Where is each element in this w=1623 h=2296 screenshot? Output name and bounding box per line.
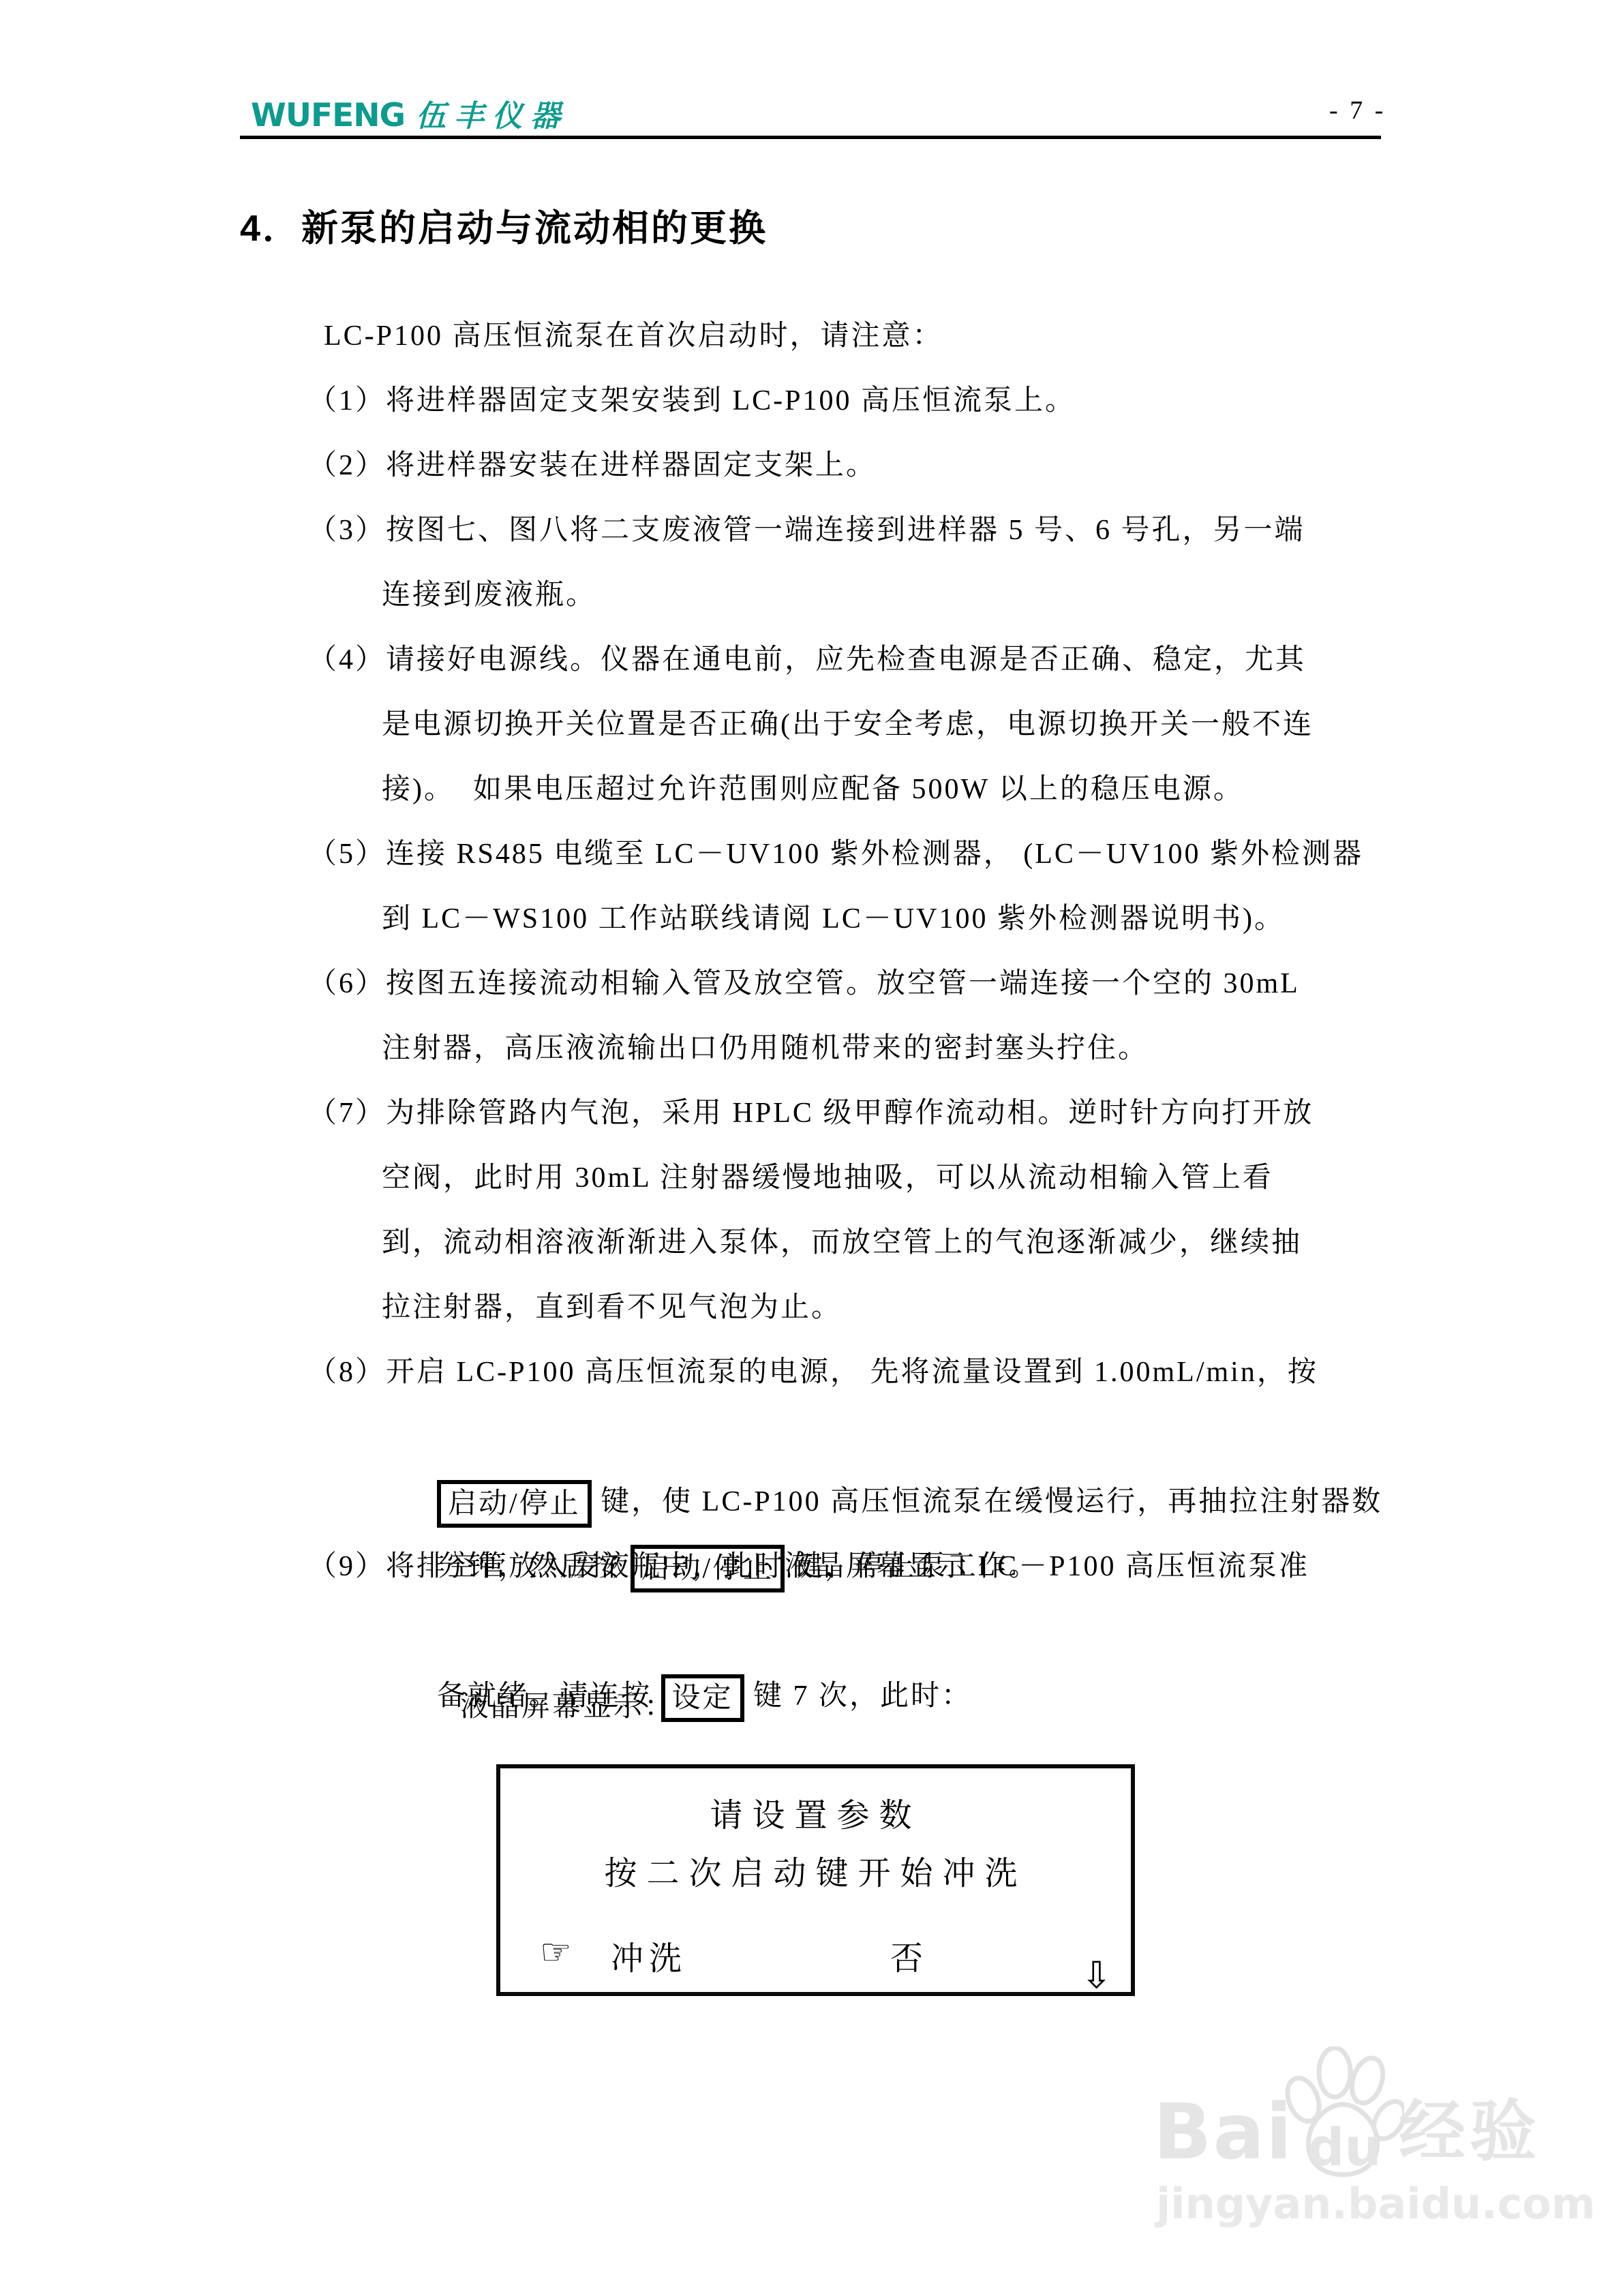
body-line: 注射器，高压液流输出口仍用随机带来的密封塞头拧住。 [0, 1016, 1623, 1081]
page-number: - 7 - [1329, 95, 1386, 125]
body-line-text: 键，使 LC-P100 高压恒流泵在缓慢运行，再抽拉注射器数 [592, 1486, 1383, 1517]
body-line: （7）为排除管路内气泡，采用 HPLC 级甲醇作流动相。逆时针方向打开放 [0, 1081, 1623, 1146]
lcd-option-row: ☞ 冲洗 否 ⇩ [500, 1932, 1131, 1987]
lcd-option-flush: 冲洗 [611, 1932, 687, 1979]
body-line: （2）将进样器安装在进样器固定支架上。 [0, 434, 1623, 498]
body-line: （4）请接好电源线。仪器在通电前，应先检查电源是否正确、稳定，尤其 [0, 628, 1623, 693]
watermark-du-text: du [1307, 2121, 1382, 2173]
pointing-hand-icon: ☞ [540, 1932, 572, 1973]
body-text: LC-P100 高压恒流泵在首次启动时，请注意： （1）将进样器固定支架安装到 … [0, 304, 1623, 1740]
down-arrow-icon: ⇩ [1081, 1954, 1112, 1997]
body-line: 接)。 如果电压超过允许范围则应配备 500W 以上的稳压电源。 [0, 757, 1623, 822]
body-line: 到 LC－WS100 工作站联线请阅 LC－UV100 紫外检测器说明书)。 [0, 887, 1623, 952]
body-line: 备就绪。请连按 设定 键 7 次，此时： [0, 1599, 1623, 1664]
baidu-jingyan-watermark: Bai du 经验 jingyan.baidu.com [1151, 2045, 1573, 2243]
body-line-text: 键 7 次，此时： [744, 1680, 973, 1712]
watermark-jingyan-text: 经验 [1399, 2098, 1541, 2165]
body-line: （1）将进样器固定支架安装到 LC-P100 高压恒流泵上。 [0, 369, 1623, 434]
lcd-option-no: 否 [890, 1932, 923, 1979]
body-line: LC-P100 高压恒流泵在首次启动时，请注意： [0, 304, 1623, 369]
body-line: 拉注射器，直到看不见气泡为止。 [0, 1275, 1623, 1340]
body-line: （6）按图五连接流动相输入管及放空管。放空管一端连接一个空的 30mL [0, 952, 1623, 1016]
body-line: 是电源切换开关位置是否正确(出于安全考虑，电源切换开关一般不连 [0, 693, 1623, 757]
start-stop-key-label: 启动/停止 [437, 1480, 592, 1528]
body-line: （9）将排空管放入废液瓶中，此时液晶屏幕显示 LC－P100 高压恒流泵准 [0, 1535, 1623, 1599]
body-line: （8）开启 LC-P100 高压恒流泵的电源， 先将流量设置到 1.00mL/m… [0, 1340, 1623, 1405]
manual-page: WUFENG伍丰仪器 - 7 - 4．新泵的启动与流动相的更换 LC-P100 … [0, 0, 1623, 2296]
body-line: 启动/停止 键，使 LC-P100 高压恒流泵在缓慢运行，再抽拉注射器数 [0, 1405, 1623, 1470]
body-line: 连接到废液瓶。 [0, 563, 1623, 628]
lcd-screen-box: 请设置参数 按二次启动键开始冲洗 ☞ 冲洗 否 ⇩ [496, 1764, 1135, 1996]
lcd-message-line1: 请设置参数 [500, 1789, 1131, 1836]
watermark-url-text: jingyan.baidu.com [1156, 2183, 1595, 2225]
lcd-message-line2: 按二次启动键开始冲洗 [500, 1847, 1131, 1894]
wufeng-logo: WUFENG伍丰仪器 [251, 91, 568, 135]
body-line: （5）连接 RS485 电缆至 LC－UV100 紫外检测器， (LC－UV10… [0, 822, 1623, 887]
header-divider [240, 136, 1381, 139]
section-title: 4．新泵的启动与流动相的更换 [240, 199, 768, 252]
wufeng-logo-chinese: 伍丰仪器 [416, 100, 568, 133]
body-line: 到，流动相溶液渐渐进入泵体，而放空管上的气泡逐渐减少，继续抽 [0, 1211, 1623, 1275]
watermark-baidu-text: Bai [1153, 2094, 1293, 2171]
body-line: （3）按图七、图八将二支废液管一端连接到进样器 5 号、6 号孔，另一端 [0, 498, 1623, 563]
wufeng-logo-latin: WUFENG [251, 97, 405, 134]
body-line: 空阀，此时用 30mL 注射器缓慢地抽吸，可以从流动相输入管上看 [0, 1146, 1623, 1211]
